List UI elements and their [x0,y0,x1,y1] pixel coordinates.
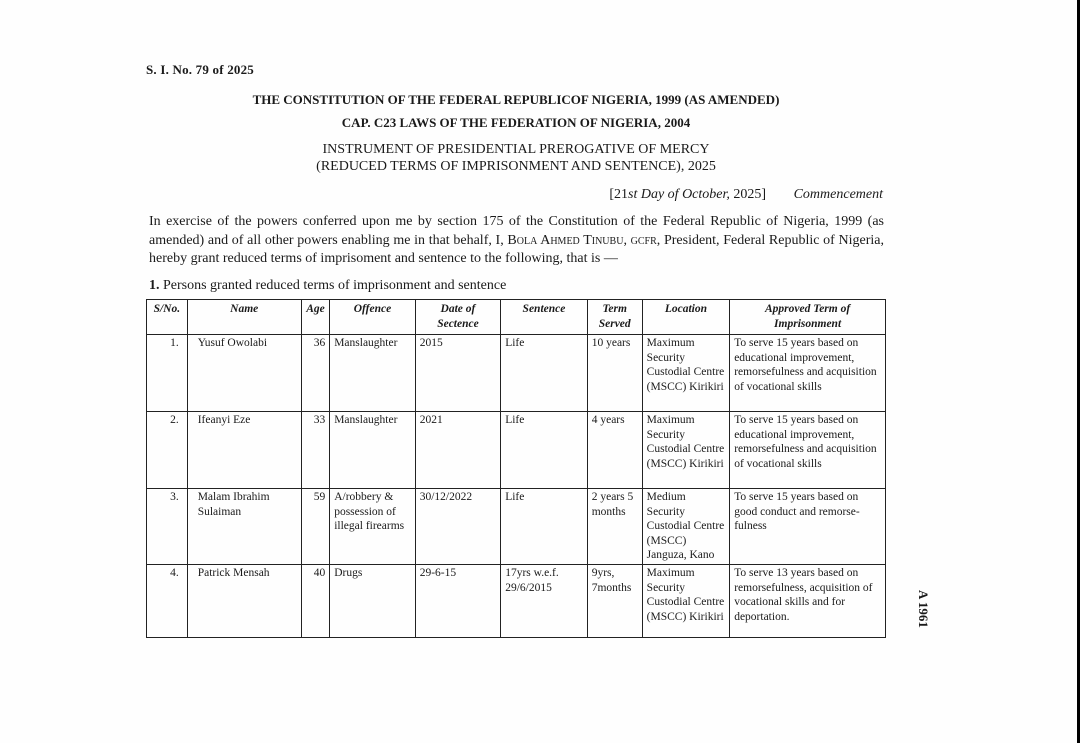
table-row: 3. Malam Ibrahim Sulaiman 59 A/robbery &… [147,489,886,565]
table-row: 4. Patrick Mensah 40 Drugs 29-6-15 17yrs… [147,564,886,637]
date-italic: st Day of October, [628,187,730,202]
header-name: Name [187,300,301,335]
commencement-line: [21st Day of October, 2025] Commencement [609,187,883,203]
cell-approved-term: To serve 15 years based on educational i… [730,412,886,489]
commencement-date: [21st Day of October, 2025] [609,187,766,202]
cell-term-served: 9yrs, 7months [587,564,642,637]
header-date-of-sentence: Date of Sectence [415,300,501,335]
president-name: Bola Ahmed Tinubu [507,233,623,248]
date-prefix: [21 [609,187,628,202]
honour-title: gcfr [631,233,657,248]
table-row: 2. Ifeanyi Eze 33 Manslaughter 2021 Life… [147,412,886,489]
cell-term-served: 4 years [587,412,642,489]
title-instrument-line2: (REDUCED TERMS OF IMPRISONMENT AND SENTE… [146,158,886,175]
reduced-terms-table: S/No. Name Age Offence Date of Sectence … [146,299,886,638]
cell-sentence: Life [501,335,588,412]
cell-date: 2021 [415,412,501,489]
cell-sno: 3. [147,489,188,565]
header-approved-term: Approved Term of Imprisonment [730,300,886,335]
cell-sno: 2. [147,412,188,489]
cell-sno: 1. [147,335,188,412]
cell-sentence: Life [501,412,588,489]
section-number: 1. [149,278,160,293]
cell-age: 59 [301,489,330,565]
cell-approved-term: To serve 13 years based on remorsefulnes… [730,564,886,637]
header-age: Age [301,300,330,335]
header-sentence: Sentence [501,300,588,335]
cell-sentence: Life [501,489,588,565]
date-suffix: 2025] [730,187,766,202]
cell-age: 40 [301,564,330,637]
header-term-served: Term Served [587,300,642,335]
preamble-sep: , [623,233,630,248]
cell-date: 29-6-15 [415,564,501,637]
section-title: Persons granted reduced terms of impriso… [163,278,506,293]
cell-location: Maximum Security Custodial Centre (MSCC)… [642,335,730,412]
title-laws-cap: CAP. C23 LAWS OF THE FEDERATION OF NIGER… [146,115,886,131]
cell-date: 2015 [415,335,501,412]
cell-approved-term: To serve 15 years based on educational i… [730,335,886,412]
cell-location: Medium Security Custodial Centre (MSCC) … [642,489,730,565]
cell-offence: Drugs [330,564,416,637]
table-row: 1. Yusuf Owolabi 36 Manslaughter 2015 Li… [147,335,886,412]
commencement-label: Commencement [794,187,883,202]
cell-approved-term: To serve 15 years based on good conduct … [730,489,886,565]
preamble-paragraph: In exercise of the powers conferred upon… [149,213,884,269]
section-heading: 1. Persons granted reduced terms of impr… [149,278,506,294]
cell-date: 30/12/2022 [415,489,501,565]
cell-sno: 4. [147,564,188,637]
cell-offence: Manslaughter [330,412,416,489]
header-location: Location [642,300,730,335]
cell-offence: Manslaughter [330,335,416,412]
cell-age: 33 [301,412,330,489]
cell-term-served: 10 years [587,335,642,412]
title-constitution: THE CONSTITUTION OF THE FEDERAL REPUBLIC… [146,92,886,108]
page-number-marker: A 1961 [911,590,931,650]
table-header-row: S/No. Name Age Offence Date of Sectence … [147,300,886,335]
cell-name: Ifeanyi Eze [187,412,301,489]
cell-term-served: 2 years 5 months [587,489,642,565]
statutory-instrument-number: S. I. No. 79 of 2025 [146,62,254,78]
cell-offence: A/robbery & possession of illegal firear… [330,489,416,565]
cell-name: Patrick Mensah [187,564,301,637]
cell-location: Maximum Security Custodial Centre (MSCC)… [642,412,730,489]
header-sno: S/No. [147,300,188,335]
cell-age: 36 [301,335,330,412]
cell-location: Maximum Security Custodial Centre (MSCC)… [642,564,730,637]
header-offence: Offence [330,300,416,335]
title-instrument-line1: INSTRUMENT OF PRESIDENTIAL PREROGATIVE O… [146,141,886,158]
cell-sentence: 17yrs w.e.f. 29/6/2015 [501,564,588,637]
cell-name: Malam Ibrahim Sulaiman [187,489,301,565]
cell-name: Yusuf Owolabi [187,335,301,412]
title-instrument: INSTRUMENT OF PRESIDENTIAL PREROGATIVE O… [146,141,886,175]
